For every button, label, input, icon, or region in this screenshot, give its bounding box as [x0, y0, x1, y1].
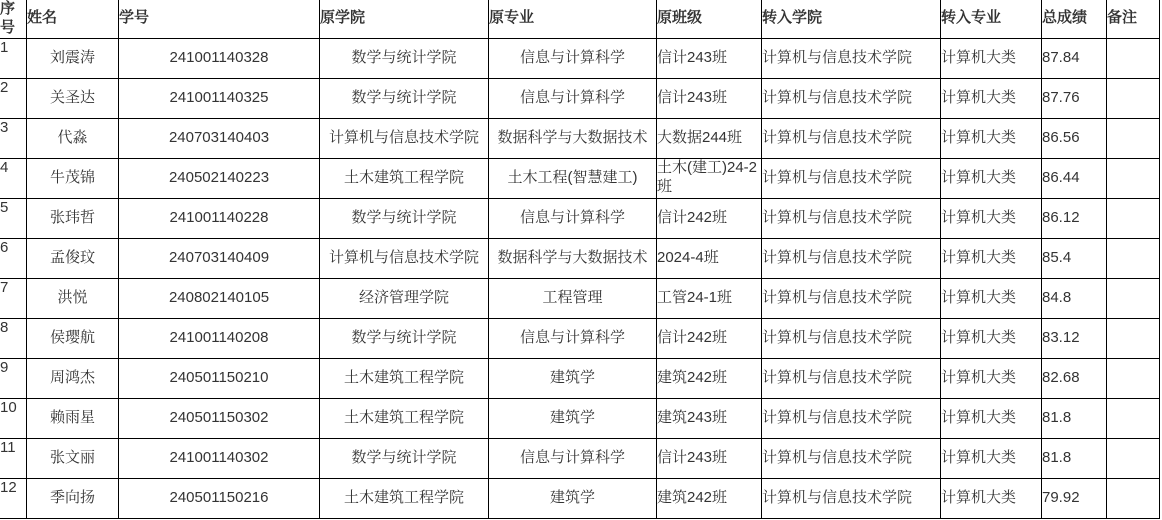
cell-student-id[interactable]: 240501150302: [119, 398, 320, 438]
cell-orig-class[interactable]: 2024-4班: [657, 238, 762, 278]
cell-orig-major[interactable]: 土木工程(智慧建工): [489, 158, 657, 198]
cell-student-id[interactable]: 241001140208: [119, 318, 320, 358]
cell-name[interactable]: 关圣达: [27, 78, 119, 118]
cell-total-score[interactable]: 87.76: [1042, 78, 1107, 118]
cell-student-id[interactable]: 240501150210: [119, 358, 320, 398]
table-body: 1 刘震涛 241001140328 数学与统计学院 信息与计算科学 信计243…: [0, 38, 1160, 518]
cell-total-score[interactable]: 86.56: [1042, 118, 1107, 158]
table-row: 7 洪悦 240802140105 经济管理学院 工程管理 工管24-1班 计算…: [0, 278, 1160, 318]
cell-orig-major[interactable]: 信息与计算科学: [489, 78, 657, 118]
cell-orig-major[interactable]: 数据科学与大数据技术: [489, 118, 657, 158]
cell-orig-college[interactable]: 数学与统计学院: [320, 38, 489, 78]
cell-seq[interactable]: 4: [0, 158, 27, 198]
cell-target-major[interactable]: 计算机大类: [941, 398, 1042, 438]
cell-name[interactable]: 牛茂锦: [27, 158, 119, 198]
header-row: 序号 姓名 学号 原学院 原专业 原班级 转入学院 转入专业 总成绩 备注: [0, 0, 1160, 38]
cell-remark[interactable]: [1107, 318, 1160, 358]
header-target-college[interactable]: 转入学院: [762, 0, 941, 38]
cell-orig-college[interactable]: 数学与统计学院: [320, 78, 489, 118]
cell-remark[interactable]: [1107, 438, 1160, 478]
cell-orig-college[interactable]: 土木建筑工程学院: [320, 158, 489, 198]
cell-target-college[interactable]: 计算机与信息技术学院: [762, 438, 941, 478]
cell-name[interactable]: 周鸿杰: [27, 358, 119, 398]
cell-orig-class[interactable]: 土木(建工)24-2班: [657, 158, 762, 198]
cell-orig-class[interactable]: 建筑242班: [657, 358, 762, 398]
cell-target-college[interactable]: 计算机与信息技术学院: [762, 158, 941, 198]
cell-orig-major[interactable]: 建筑学: [489, 358, 657, 398]
cell-remark[interactable]: [1107, 198, 1160, 238]
cell-target-major[interactable]: 计算机大类: [941, 118, 1042, 158]
cell-seq[interactable]: 12: [0, 478, 27, 518]
cell-student-id[interactable]: 240703140403: [119, 118, 320, 158]
cell-orig-major[interactable]: 数据科学与大数据技术: [489, 238, 657, 278]
cell-target-college[interactable]: 计算机与信息技术学院: [762, 398, 941, 438]
cell-seq[interactable]: 6: [0, 238, 27, 278]
header-student-id[interactable]: 学号: [119, 0, 320, 38]
cell-orig-class[interactable]: 信计243班: [657, 438, 762, 478]
cell-remark[interactable]: [1107, 358, 1160, 398]
cell-orig-class[interactable]: 信计243班: [657, 38, 762, 78]
cell-target-college[interactable]: 计算机与信息技术学院: [762, 358, 941, 398]
cell-total-score[interactable]: 81.8: [1042, 438, 1107, 478]
cell-target-major[interactable]: 计算机大类: [941, 318, 1042, 358]
cell-total-score[interactable]: 82.68: [1042, 358, 1107, 398]
cell-seq[interactable]: 5: [0, 198, 27, 238]
cell-total-score[interactable]: 86.44: [1042, 158, 1107, 198]
cell-total-score[interactable]: 81.8: [1042, 398, 1107, 438]
student-transfer-table: 序号 姓名 学号 原学院 原专业 原班级 转入学院 转入专业 总成绩 备注 1 …: [0, 0, 1160, 519]
cell-student-id[interactable]: 241001140325: [119, 78, 320, 118]
cell-target-college[interactable]: 计算机与信息技术学院: [762, 278, 941, 318]
cell-seq[interactable]: 2: [0, 78, 27, 118]
cell-seq[interactable]: 8: [0, 318, 27, 358]
cell-total-score[interactable]: 79.92: [1042, 478, 1107, 518]
cell-target-major[interactable]: 计算机大类: [941, 238, 1042, 278]
cell-target-major[interactable]: 计算机大类: [941, 278, 1042, 318]
cell-target-major[interactable]: 计算机大类: [941, 38, 1042, 78]
cell-total-score[interactable]: 86.12: [1042, 198, 1107, 238]
cell-name[interactable]: 侯璎航: [27, 318, 119, 358]
cell-orig-major[interactable]: 信息与计算科学: [489, 318, 657, 358]
cell-name[interactable]: 赖雨星: [27, 398, 119, 438]
cell-orig-class[interactable]: 信计242班: [657, 198, 762, 238]
cell-orig-major[interactable]: 信息与计算科学: [489, 438, 657, 478]
header-name[interactable]: 姓名: [27, 0, 119, 38]
table-row: 5 张玮哲 241001140228 数学与统计学院 信息与计算科学 信计242…: [0, 198, 1160, 238]
cell-orig-college[interactable]: 经济管理学院: [320, 278, 489, 318]
cell-student-id[interactable]: 241001140228: [119, 198, 320, 238]
cell-orig-class[interactable]: 工管24-1班: [657, 278, 762, 318]
cell-orig-college[interactable]: 土木建筑工程学院: [320, 358, 489, 398]
header-orig-class[interactable]: 原班级: [657, 0, 762, 38]
cell-name[interactable]: 洪悦: [27, 278, 119, 318]
cell-orig-class[interactable]: 信计243班: [657, 78, 762, 118]
header-seq[interactable]: 序号: [0, 0, 27, 38]
cell-orig-major[interactable]: 信息与计算科学: [489, 198, 657, 238]
cell-name[interactable]: 张文丽: [27, 438, 119, 478]
cell-orig-college[interactable]: 土木建筑工程学院: [320, 478, 489, 518]
cell-name[interactable]: 孟俊玟: [27, 238, 119, 278]
cell-remark[interactable]: [1107, 78, 1160, 118]
cell-name[interactable]: 季向扬: [27, 478, 119, 518]
cell-orig-college[interactable]: 数学与统计学院: [320, 198, 489, 238]
cell-student-id[interactable]: 240501150216: [119, 478, 320, 518]
cell-student-id[interactable]: 241001140328: [119, 38, 320, 78]
cell-seq[interactable]: 10: [0, 398, 27, 438]
cell-target-major[interactable]: 计算机大类: [941, 438, 1042, 478]
cell-seq[interactable]: 1: [0, 38, 27, 78]
cell-orig-college[interactable]: 数学与统计学院: [320, 318, 489, 358]
cell-orig-college[interactable]: 计算机与信息技术学院: [320, 118, 489, 158]
header-remark[interactable]: 备注: [1107, 0, 1160, 38]
cell-target-college[interactable]: 计算机与信息技术学院: [762, 318, 941, 358]
cell-total-score[interactable]: 87.84: [1042, 38, 1107, 78]
table-row: 12 季向扬 240501150216 土木建筑工程学院 建筑学 建筑242班 …: [0, 478, 1160, 518]
cell-seq[interactable]: 3: [0, 118, 27, 158]
table-row: 8 侯璎航 241001140208 数学与统计学院 信息与计算科学 信计242…: [0, 318, 1160, 358]
cell-seq[interactable]: 9: [0, 358, 27, 398]
table-row: 3 代淼 240703140403 计算机与信息技术学院 数据科学与大数据技术 …: [0, 118, 1160, 158]
table-row: 9 周鸿杰 240501150210 土木建筑工程学院 建筑学 建筑242班 计…: [0, 358, 1160, 398]
cell-student-id[interactable]: 240802140105: [119, 278, 320, 318]
cell-total-score[interactable]: 85.4: [1042, 238, 1107, 278]
cell-orig-major[interactable]: 建筑学: [489, 398, 657, 438]
cell-orig-major[interactable]: 信息与计算科学: [489, 38, 657, 78]
cell-remark[interactable]: [1107, 158, 1160, 198]
cell-orig-major[interactable]: 建筑学: [489, 478, 657, 518]
cell-target-major[interactable]: 计算机大类: [941, 158, 1042, 198]
header-orig-college[interactable]: 原学院: [320, 0, 489, 38]
cell-name[interactable]: 张玮哲: [27, 198, 119, 238]
cell-seq[interactable]: 11: [0, 438, 27, 478]
cell-orig-college[interactable]: 数学与统计学院: [320, 438, 489, 478]
cell-total-score[interactable]: 83.12: [1042, 318, 1107, 358]
header-orig-major[interactable]: 原专业: [489, 0, 657, 38]
cell-student-id[interactable]: 240703140409: [119, 238, 320, 278]
cell-orig-class[interactable]: 建筑242班: [657, 478, 762, 518]
cell-remark[interactable]: [1107, 398, 1160, 438]
cell-remark[interactable]: [1107, 478, 1160, 518]
cell-orig-major[interactable]: 工程管理: [489, 278, 657, 318]
cell-seq[interactable]: 7: [0, 278, 27, 318]
cell-remark[interactable]: [1107, 238, 1160, 278]
cell-orig-class[interactable]: 建筑243班: [657, 398, 762, 438]
cell-target-major[interactable]: 计算机大类: [941, 478, 1042, 518]
cell-target-college[interactable]: 计算机与信息技术学院: [762, 78, 941, 118]
cell-name[interactable]: 刘震涛: [27, 38, 119, 78]
table-row: 4 牛茂锦 240502140223 土木建筑工程学院 土木工程(智慧建工) 土…: [0, 158, 1160, 198]
table-row: 10 赖雨星 240501150302 土木建筑工程学院 建筑学 建筑243班 …: [0, 398, 1160, 438]
cell-target-college[interactable]: 计算机与信息技术学院: [762, 198, 941, 238]
table-row: 1 刘震涛 241001140328 数学与统计学院 信息与计算科学 信计243…: [0, 38, 1160, 78]
table-row: 2 关圣达 241001140325 数学与统计学院 信息与计算科学 信计243…: [0, 78, 1160, 118]
student-transfer-table-container: 序号 姓名 学号 原学院 原专业 原班级 转入学院 转入专业 总成绩 备注 1 …: [0, 0, 1160, 519]
cell-target-college[interactable]: 计算机与信息技术学院: [762, 238, 941, 278]
cell-name[interactable]: 代淼: [27, 118, 119, 158]
table-row: 6 孟俊玟 240703140409 计算机与信息技术学院 数据科学与大数据技术…: [0, 238, 1160, 278]
cell-remark[interactable]: [1107, 38, 1160, 78]
cell-orig-class[interactable]: 大数据244班: [657, 118, 762, 158]
cell-target-major[interactable]: 计算机大类: [941, 198, 1042, 238]
cell-target-college[interactable]: 计算机与信息技术学院: [762, 118, 941, 158]
cell-student-id[interactable]: 241001140302: [119, 438, 320, 478]
cell-remark[interactable]: [1107, 278, 1160, 318]
cell-orig-college[interactable]: 计算机与信息技术学院: [320, 238, 489, 278]
cell-remark[interactable]: [1107, 118, 1160, 158]
cell-student-id[interactable]: 240502140223: [119, 158, 320, 198]
cell-total-score[interactable]: 84.8: [1042, 278, 1107, 318]
table-row: 11 张文丽 241001140302 数学与统计学院 信息与计算科学 信计24…: [0, 438, 1160, 478]
cell-orig-college[interactable]: 土木建筑工程学院: [320, 398, 489, 438]
cell-orig-class[interactable]: 信计242班: [657, 318, 762, 358]
cell-target-college[interactable]: 计算机与信息技术学院: [762, 38, 941, 78]
header-total-score[interactable]: 总成绩: [1042, 0, 1107, 38]
cell-target-college[interactable]: 计算机与信息技术学院: [762, 478, 941, 518]
cell-target-major[interactable]: 计算机大类: [941, 358, 1042, 398]
header-target-major[interactable]: 转入专业: [941, 0, 1042, 38]
cell-target-major[interactable]: 计算机大类: [941, 78, 1042, 118]
